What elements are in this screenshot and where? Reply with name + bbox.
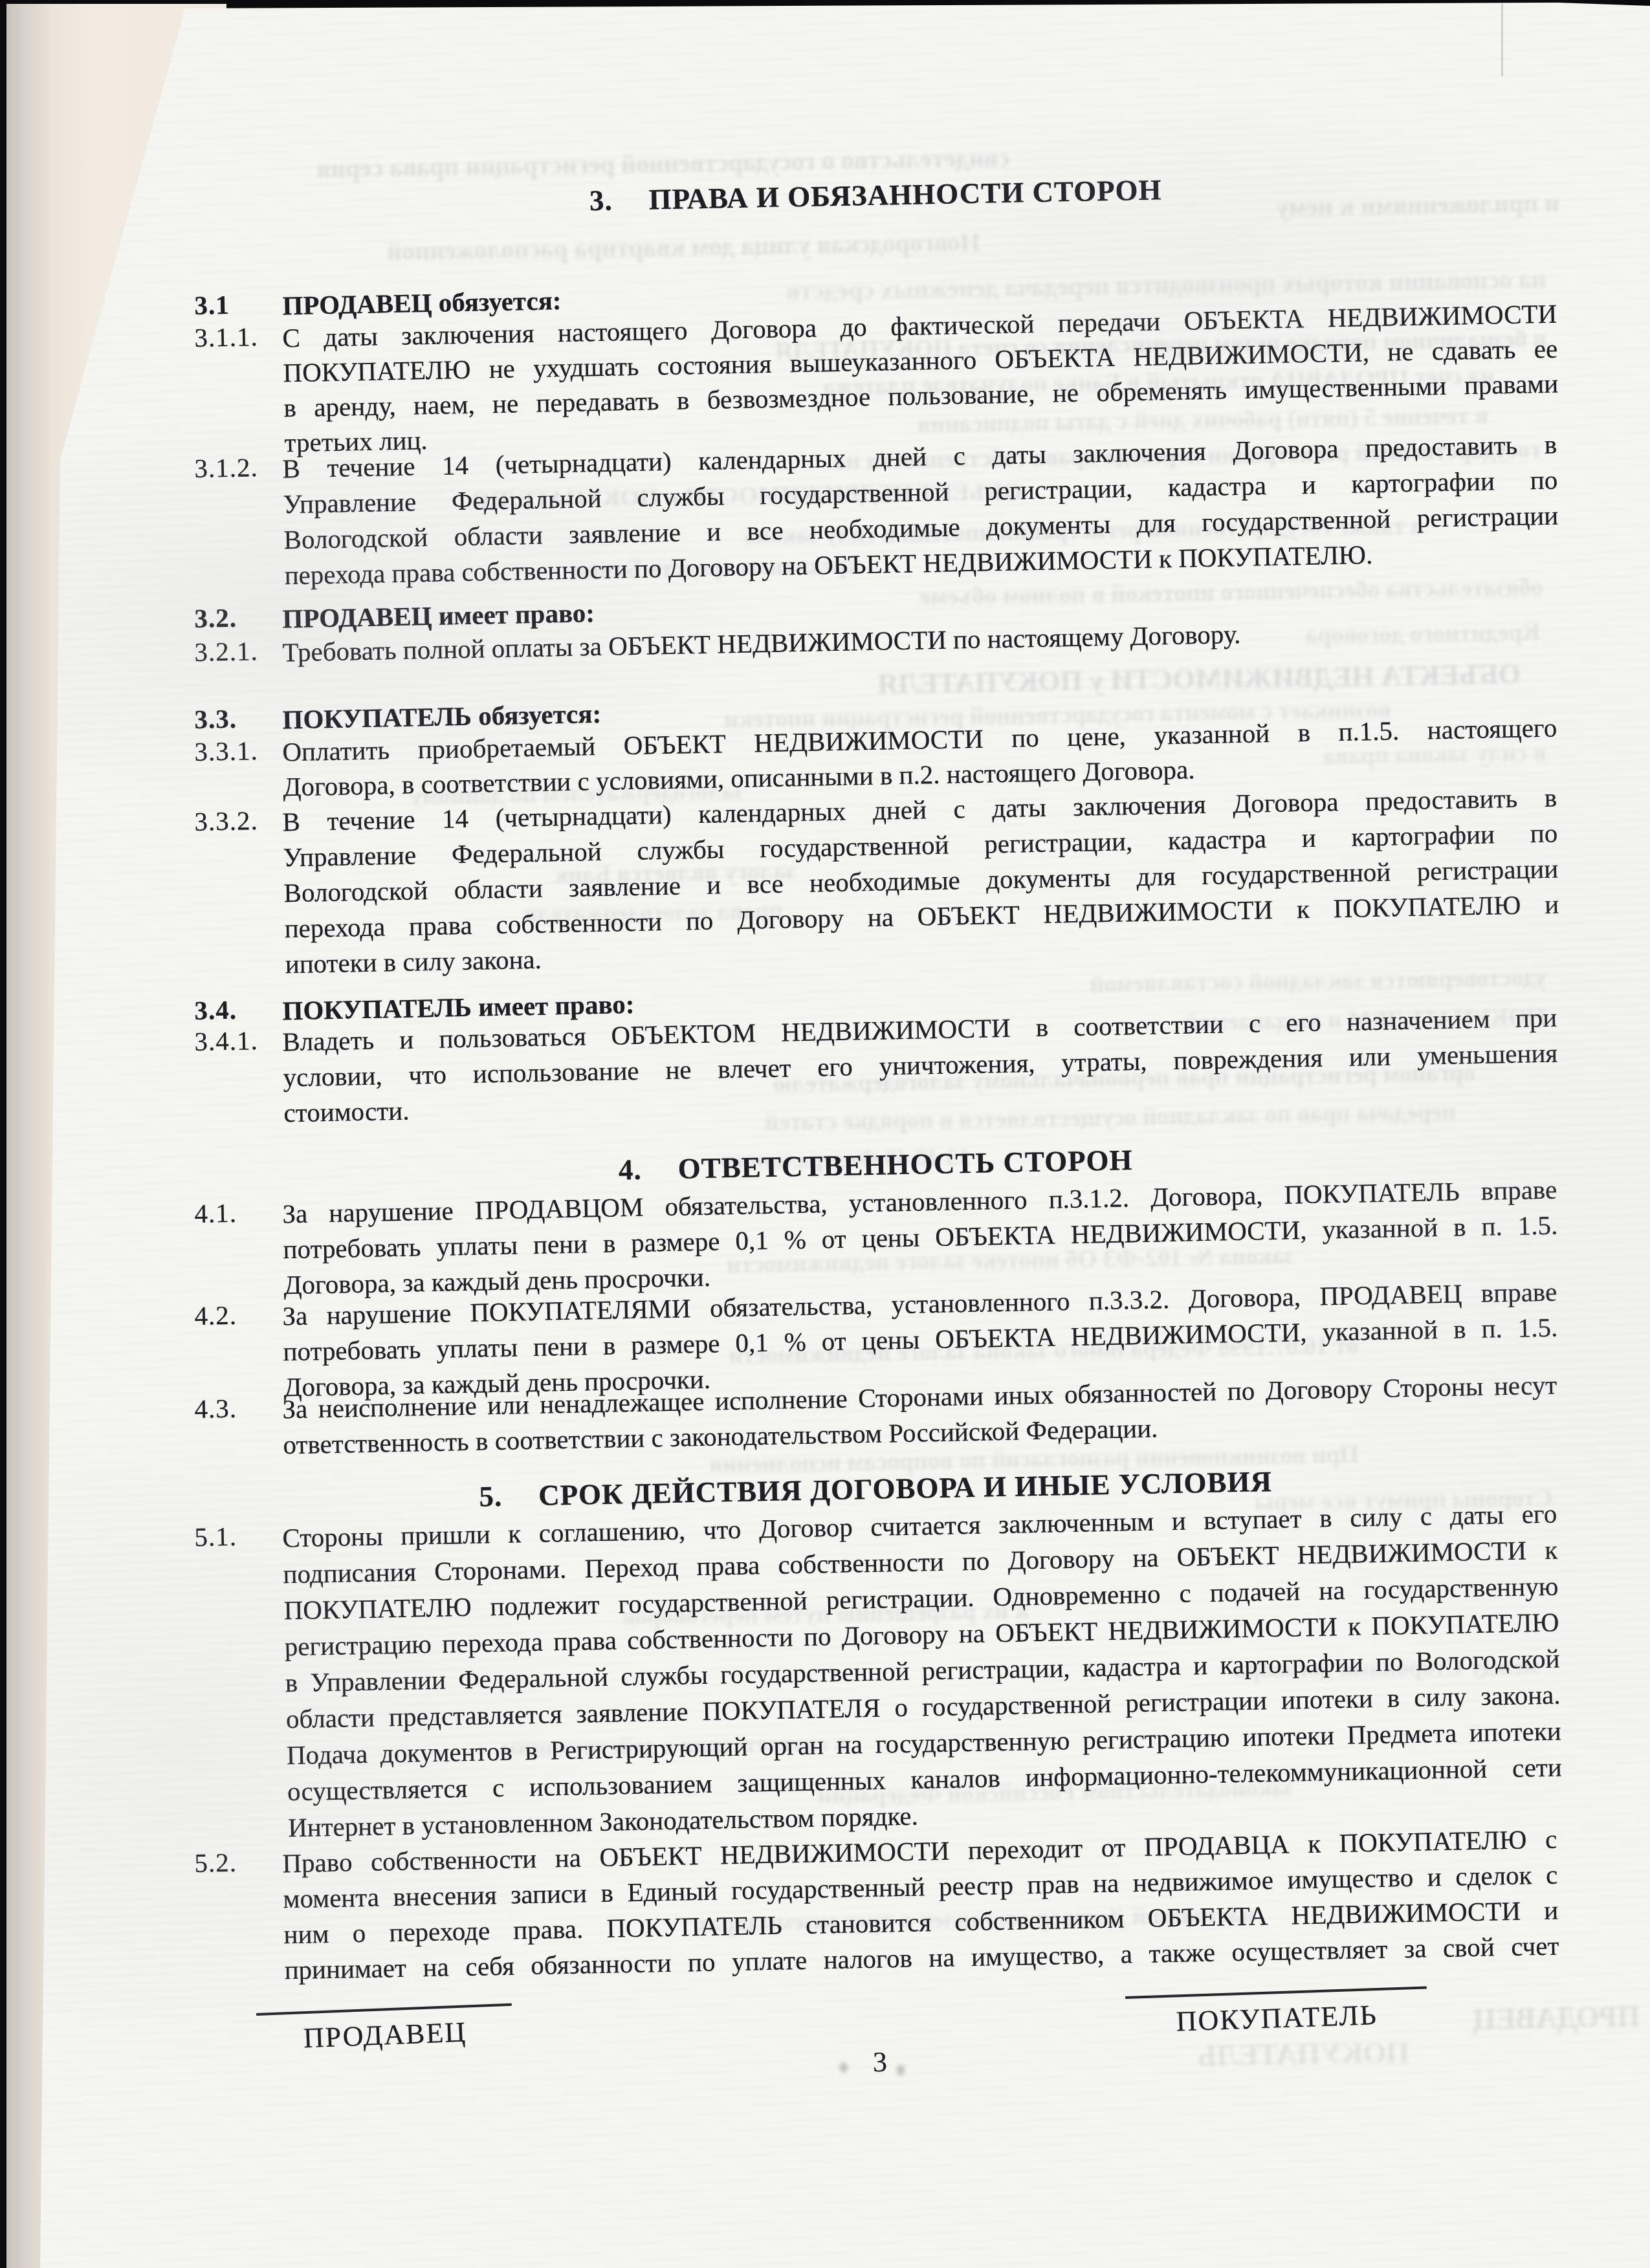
clause-3-1-1: 3.1.1.С даты заключения настоящего Догов… bbox=[194, 296, 1559, 462]
clause-body: Стороны пришли к соглашению, что Договор… bbox=[282, 1496, 1563, 1846]
clause-line: перехода права собственности по Договору… bbox=[284, 534, 1559, 594]
bleed-through-line: залогодержателем по данному bbox=[214, 778, 745, 814]
bleed-through-line: свидетельство о государственной регистра… bbox=[233, 143, 1010, 186]
bleed-through-line: ОБЪЕКТ НЕДВИЖИМОСТИ к ПОКУПАТЕЛЮ bbox=[207, 477, 1023, 519]
section-number: 3. bbox=[589, 184, 613, 217]
clause-body: Право собственности на ОБЪЕКТ НЕДВИЖИМОС… bbox=[282, 1822, 1559, 1989]
bleed-through-line: в силу закона права bbox=[1035, 739, 1547, 775]
section-number: 5. bbox=[479, 1480, 503, 1513]
clause-body: Оплатить приобретаемый ОБЪЕКТ НЕДВИЖИМОС… bbox=[282, 710, 1558, 805]
scan-speck bbox=[897, 2065, 905, 2075]
clause-line: осуществляется с использованием защищенн… bbox=[287, 1749, 1563, 1809]
seller-signature-label: ПРОДАВЕЦ bbox=[257, 2014, 514, 2056]
clause-line: Договора, в соответствии с условиями, оп… bbox=[283, 745, 1558, 805]
clause-line: регистрацию перехода права собственности… bbox=[284, 1604, 1559, 1665]
clause-body: С даты заключения настоящего Договора до… bbox=[282, 296, 1559, 461]
bleed-through-line: в течение 5 (пяти) рабочих дней с даты п… bbox=[550, 402, 1489, 445]
clause-line: в аренду, наем, не передавать в безвозме… bbox=[283, 366, 1559, 426]
bleed-through-line: законодательством Российской Федерации bbox=[518, 1774, 1295, 1815]
clause-number: 4.2. bbox=[194, 1298, 280, 1331]
bleed-through-line: права залогодержателя bbox=[226, 896, 784, 933]
clause-line: в Управлении Федеральной службы государс… bbox=[285, 1641, 1560, 1701]
clause-number: 5.1. bbox=[194, 1520, 280, 1553]
bleed-through-line: удостоверяются закладной составляемой bbox=[809, 963, 1547, 1003]
clause-3-2: 3.2.ПРОДАВЕЦ имеет право: bbox=[194, 577, 1557, 638]
bleed-through-line: органом регистрации прав первоначальному… bbox=[214, 1059, 1475, 1107]
bleed-through-line: Стороны примут все меры bbox=[1003, 1483, 1554, 1520]
bleed-through-line: на основании которых производится переда… bbox=[388, 264, 1547, 312]
clause-line: Вологодской области заявление и все необ… bbox=[283, 851, 1559, 911]
buyer-signature-label: ПОКУПАТЕЛЬ bbox=[1126, 1997, 1428, 2040]
bleed-through-line: на счет ПРОДАВЦА открытый в Банке получа… bbox=[272, 362, 1495, 410]
clause-line: Владеть и пользоваться ОБЪЕКТОМ НЕДВИЖИМ… bbox=[282, 1000, 1557, 1060]
contract-content: 3.ПРАВА И ОБЯЗАННОСТИ СТОРОН 4.ОТВЕТСТВЕ… bbox=[0, 0, 1650, 2268]
bleed-through-line: между Сторонами договора bbox=[958, 1652, 1541, 1689]
scanned-document: свидетельство о государственной регистра… bbox=[0, 0, 1650, 2268]
bleed-through-line: ОБЪЕКТА НЕДВИЖИМОСТИ у ПОКУПАТЕЛЯ bbox=[550, 657, 1521, 706]
clause-line: В течение 14 (четырнадцати) календарных … bbox=[282, 780, 1557, 840]
clause-line: потребовать уплаты пени в размере 0,1 % … bbox=[283, 1310, 1558, 1370]
bleed-through-line: При возникновении разногласий по вопроса… bbox=[388, 1440, 1359, 1484]
clause-line: Управление Федеральной службы государств… bbox=[283, 816, 1558, 876]
clause-number: 3.1.1. bbox=[194, 320, 280, 353]
clause-number: 3.3.1. bbox=[194, 734, 280, 767]
clause-3-4: 3.4.ПОКУПАТЕЛЬ имеет право: bbox=[194, 969, 1557, 1030]
section-title: ОТВЕТСТВЕННОСТЬ СТОРОН bbox=[677, 1144, 1133, 1184]
section-heading-rights: 3.ПРАВА И ОБЯЗАННОСТИ СТОРОН bbox=[194, 166, 1557, 225]
clause-4-3: 4.3.За неисполнение или ненадлежащее исп… bbox=[194, 1368, 1558, 1465]
bleed-through-line: от 16.07.1998 Федерального закона залоге… bbox=[220, 1331, 1359, 1378]
clause-line: подписания Сторонами. Переход права собс… bbox=[283, 1532, 1558, 1593]
clause-body: За нарушение ПРОДАВЦОМ обязательства, ус… bbox=[282, 1172, 1559, 1303]
clause-number: 3.1 bbox=[194, 288, 280, 321]
bleed-through-line: закона № 102-ФЗ Об ипотеке залоге недвиж… bbox=[259, 1241, 1294, 1286]
clause-line: ним о переходе права. ПОКУПАТЕЛЬ станови… bbox=[283, 1893, 1559, 1953]
clause-body: В течение 14 (четырнадцати) календарных … bbox=[282, 780, 1560, 983]
clause-line: ПОКУПАТЕЛЮ не ухудшать состояния вышеука… bbox=[283, 331, 1558, 391]
buyer-signature-block: ПОКУПАТЕЛЬ bbox=[1125, 1987, 1428, 2040]
clause-5-1: 5.1.Стороны пришли к соглашению, что Дог… bbox=[194, 1496, 1563, 1848]
clause-3-4-1: 3.4.1.Владеть и пользоваться ОБЪЕКТОМ НЕ… bbox=[194, 1000, 1559, 1133]
clause-line: Интернет в установленном Законодательств… bbox=[288, 1785, 1563, 1846]
clause-line: Право собственности на ОБЪЕКТ НЕДВИЖИМОС… bbox=[282, 1822, 1557, 1882]
section-heading-liability: 4.ОТВЕТСТВЕННОСТЬ СТОРОН bbox=[194, 1135, 1557, 1195]
section-title: СРОК ДЕЙСТВИЯ ДОГОВОРА И ИНЫЕ УСЛОВИЯ bbox=[538, 1465, 1273, 1512]
clause-4-1: 4.1.За нарушение ПРОДАВЦОМ обязательства… bbox=[194, 1172, 1559, 1305]
bleed-through-line: государственной регистрации перехода пра… bbox=[207, 436, 1540, 485]
bleed-through-line: в безналичном порядке путем перечисления… bbox=[214, 325, 1546, 374]
clause-number: 3.2.1. bbox=[194, 635, 280, 668]
section-title: ПРАВА И ОБЯЗАННОСТИ СТОРОН bbox=[648, 173, 1162, 215]
clause-3-3-1: 3.3.1.Оплатить приобретаемый ОБЪЕКТ НЕДВ… bbox=[194, 710, 1558, 806]
bleed-through-line: Новгородская улица дом квартира располож… bbox=[230, 227, 981, 269]
clause-body: В течение 14 (четырнадцати) календарных … bbox=[282, 427, 1559, 594]
clause-number: 3.4. bbox=[194, 993, 280, 1026]
clause-number: 3.1.2. bbox=[194, 451, 280, 484]
clause-number: 3.4.1. bbox=[194, 1024, 280, 1057]
clause-body: Требовать полной оплаты за ОБЪЕКТ НЕДВИЖ… bbox=[282, 611, 1557, 671]
clause-body: ПОКУПАТЕЛЬ обязуется: bbox=[282, 678, 1557, 738]
clause-body: Владеть и пользоваться ОБЪЕКТОМ НЕДВИЖИМ… bbox=[282, 1000, 1559, 1131]
bleed-through-line: а также государственной регистрации ипот… bbox=[324, 512, 1424, 558]
clause-body: ПОКУПАТЕЛЬ имеет право: bbox=[282, 969, 1557, 1029]
clause-line: Договора, за каждый день просрочки. bbox=[283, 1243, 1559, 1303]
scan-speck bbox=[840, 2062, 848, 2073]
bleed-through-line: кредитных средств Банка bbox=[214, 551, 861, 590]
clause-line: Управление Федеральной службы государств… bbox=[283, 463, 1558, 523]
clause-line: ПОКУПАТЕЛЮ подлежит государственной реги… bbox=[283, 1568, 1559, 1629]
clause-line: Подача документов в Регистрирующий орган… bbox=[286, 1713, 1561, 1774]
scan-crease bbox=[1501, 4, 1503, 76]
clause-3-3: 3.3.ПОКУПАТЕЛЬ обязуется: bbox=[194, 678, 1557, 739]
clause-line: стоимости. bbox=[283, 1071, 1559, 1131]
clause-number: 3.2. bbox=[194, 601, 280, 634]
clause-line: За нарушение ПОКУПАТЕЛЯМИ обязательства,… bbox=[282, 1274, 1557, 1335]
clause-line: С даты заключения настоящего Договора до… bbox=[282, 296, 1557, 356]
clause-body: За нарушение ПОКУПАТЕЛЯМИ обязательства,… bbox=[282, 1274, 1559, 1406]
clause-line: В течение 14 (четырнадцати) календарных … bbox=[282, 427, 1557, 487]
bleed-through-line: к их разрешению путем переговоров bbox=[220, 1597, 1029, 1638]
seller-signature-line bbox=[256, 2003, 512, 2016]
clause-line: ПОКУПАТЕЛЬ имеет право: bbox=[282, 969, 1557, 1029]
clause-line: ПРОДАВЕЦ обязуется: bbox=[282, 264, 1557, 324]
clause-line: Стороны пришли к соглашению, что Договор… bbox=[282, 1496, 1557, 1556]
clause-line: ипотеки в силу закона. bbox=[285, 922, 1560, 983]
clause-number: 3.3. bbox=[194, 702, 280, 735]
bleed-through-line: 13 48 49 Федерального bbox=[518, 1143, 971, 1179]
clause-line: перехода права собственности по Договору… bbox=[284, 887, 1559, 947]
clause-number: 4.1. bbox=[194, 1196, 280, 1229]
clause-line: третьих лиц. bbox=[284, 401, 1559, 461]
clause-number: 3.3.2. bbox=[194, 804, 280, 837]
clause-5-2: 5.2.Право собственности на ОБЪЕКТ НЕДВИЖ… bbox=[194, 1822, 1559, 1990]
bleed-through-line: ПОКУПАТЕЛЕМ и выдаваемой bbox=[906, 1003, 1547, 1041]
clause-line: области представляется заявление ПОКУПАТ… bbox=[285, 1677, 1561, 1738]
clause-line: Вологодской области заявление и все необ… bbox=[283, 498, 1559, 558]
section-number: 4. bbox=[619, 1153, 643, 1186]
clause-line: момента внесения записи в Единый государ… bbox=[283, 1857, 1558, 1917]
bleed-through-line: залогу является Банк bbox=[214, 857, 797, 895]
clause-line: За нарушение ПРОДАВЦОМ обязательства, ус… bbox=[282, 1172, 1557, 1232]
bleed-through-line: в соответствии с действующим bbox=[233, 1729, 848, 1767]
clause-3-2-1: 3.2.1.Требовать полной оплаты за ОБЪЕКТ … bbox=[194, 611, 1557, 672]
bleed-through-line: ПОКУПАТЕЛЬ bbox=[1131, 2036, 1410, 2075]
bleed-through-line: и приложениями к нему bbox=[1197, 188, 1560, 224]
clause-line: ПРОДАВЕЦ имеет право: bbox=[282, 577, 1557, 637]
clause-line: Договора, за каждый день просрочки. bbox=[283, 1346, 1559, 1406]
bleed-through-line: возникает с момента государственной реги… bbox=[324, 695, 1391, 741]
clause-line: ответственность в соответствии с законод… bbox=[283, 1403, 1558, 1463]
bleed-through-line: настоящий Договор составлен в трех экзем… bbox=[298, 1901, 1256, 1944]
clause-3-1-2: 3.1.2.В течение 14 (четырнадцати) календ… bbox=[194, 427, 1559, 595]
clause-line: условии, что использование не влечет его… bbox=[283, 1036, 1558, 1096]
clause-body: За неисполнение или ненадлежащее исполне… bbox=[282, 1368, 1558, 1463]
contract-page: свидетельство о государственной регистра… bbox=[0, 0, 1650, 2268]
bleed-through-line: обязательства обеспеченного ипотекой в п… bbox=[217, 573, 1543, 622]
bleed-through-line: Кредитного договора bbox=[971, 618, 1541, 655]
clause-4-2: 4.2.За нарушение ПОКУПАТЕЛЯМИ обязательс… bbox=[194, 1274, 1559, 1407]
clause-3-3-2: 3.3.2.В течение 14 (четырнадцати) календ… bbox=[194, 780, 1560, 984]
clause-line: За неисполнение или ненадлежащее исполне… bbox=[282, 1368, 1557, 1428]
seller-signature-block: ПРОДАВЕЦ bbox=[256, 2003, 513, 2056]
bleed-through-line: передача прав по закладной осуществляетс… bbox=[226, 1098, 1456, 1146]
bleed-through-line: ПРОДАВЕЦ bbox=[1356, 2000, 1641, 2038]
buyer-signature-line bbox=[1125, 1987, 1427, 1999]
clause-number: 4.3. bbox=[194, 1391, 280, 1424]
clause-line: потребовать уплаты пени в размере 0,1 % … bbox=[283, 1208, 1558, 1268]
clause-number: 5.2. bbox=[194, 1846, 280, 1879]
page-number: 3 bbox=[848, 2045, 913, 2079]
clause-line: Требовать полной оплаты за ОБЪЕКТ НЕДВИЖ… bbox=[282, 611, 1557, 671]
clause-line: ПОКУПАТЕЛЬ обязуется: bbox=[282, 678, 1557, 738]
clause-line: Оплатить приобретаемый ОБЪЕКТ НЕДВИЖИМОС… bbox=[282, 710, 1557, 770]
clause-body: ПРОДАВЕЦ обязуется: bbox=[282, 264, 1557, 324]
section-heading-term: 5.СРОК ДЕЙСТВИЯ ДОГОВОРА И ИНЫЕ УСЛОВИЯ bbox=[194, 1459, 1557, 1519]
clause-body: ПРОДАВЕЦ имеет право: bbox=[282, 577, 1557, 637]
clause-line: принимает на себя обязанности по уплате … bbox=[284, 1928, 1559, 1989]
clause-3-1: 3.1ПРОДАВЕЦ обязуется: bbox=[194, 264, 1557, 325]
bleed-through-layer: свидетельство о государственной регистра… bbox=[0, 0, 1650, 2268]
